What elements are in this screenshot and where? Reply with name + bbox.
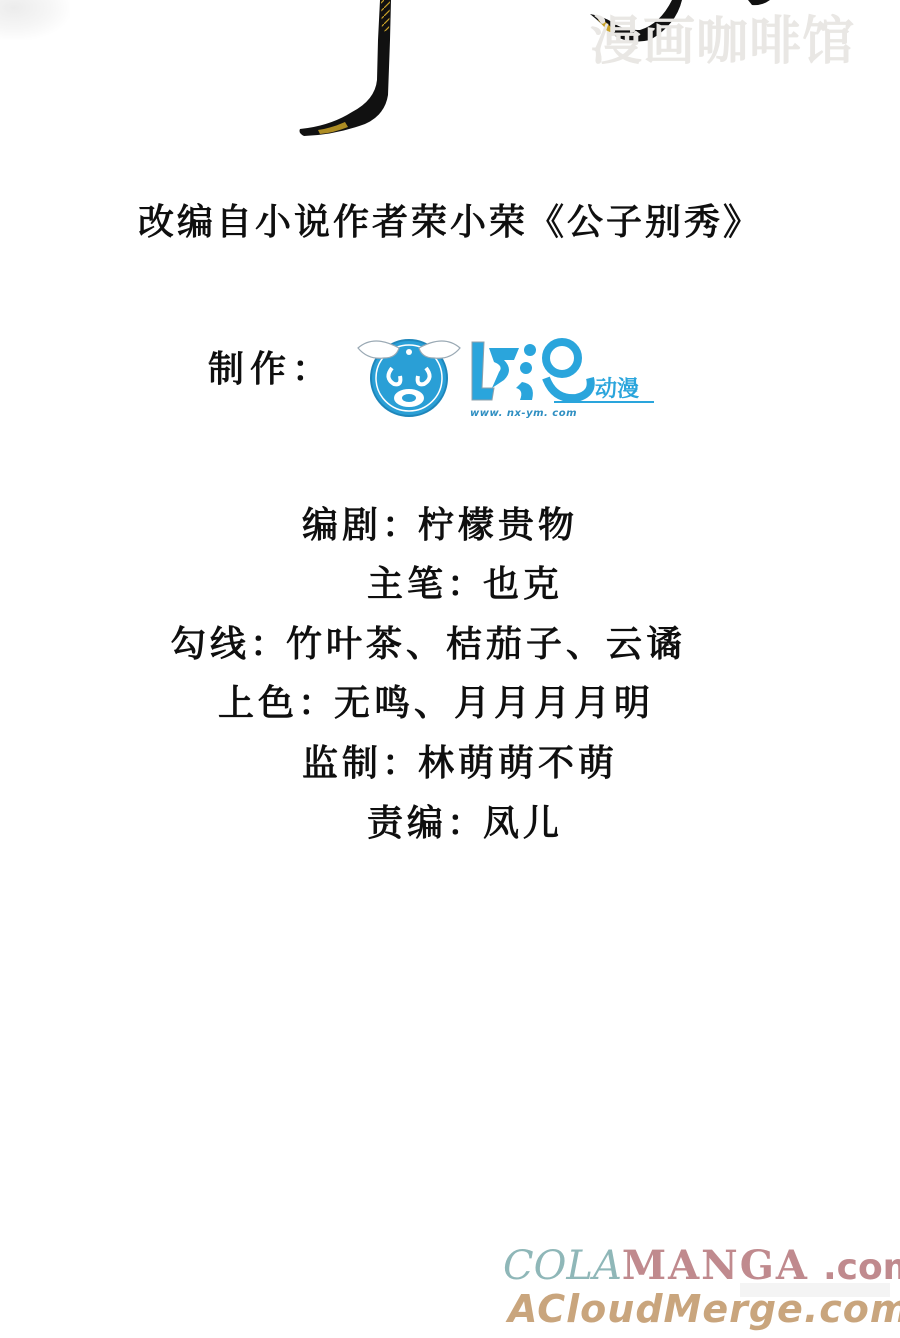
credit-names: 无鸣、月月月月明 — [334, 683, 654, 724]
watermark-cola: COLA — [503, 1243, 622, 1289]
credit-separator: ： — [382, 743, 418, 784]
credit-role: 勾线 — [170, 624, 250, 665]
credit-role: 责编 — [367, 803, 447, 844]
credit-coloring: 上色：无鸣、月月月月明 — [218, 686, 654, 722]
credit-writer: 编剧：柠檬贵物 — [302, 508, 578, 544]
credit-separator: ： — [250, 624, 286, 665]
credit-editor: 责编：凤儿 — [367, 806, 563, 842]
watermark-manga: MANGA — [622, 1242, 809, 1289]
credit-separator: ： — [447, 803, 483, 844]
credit-separator: ： — [382, 505, 418, 546]
credit-supervisor: 监制：林萌萌不萌 — [302, 746, 618, 782]
credit-names: 竹叶茶、桔茄子、云谲 — [286, 624, 686, 665]
studio-url: www. nx-ym. com — [470, 408, 577, 419]
credit-role: 主笔 — [367, 564, 447, 605]
studio-subtitle: 动漫 — [595, 372, 639, 403]
watermark-com: .com — [823, 1247, 900, 1288]
credit-names: 也克 — [483, 564, 563, 605]
credit-separator: ： — [298, 683, 334, 724]
winged-circle-logo-icon — [358, 340, 460, 416]
credit-names: 柠檬贵物 — [418, 505, 578, 546]
credit-names: 凤儿 — [483, 803, 563, 844]
credit-line-art: 勾线：竹叶茶、桔茄子、云谲 — [170, 627, 686, 663]
credit-role: 编剧 — [302, 505, 382, 546]
credit-separator: ： — [447, 564, 483, 605]
credit-lead-artist: 主笔：也克 — [367, 567, 563, 603]
top-watermark: 漫画咖啡馆 — [590, 16, 855, 68]
adaptation-credit: 改编自小说作者荣小荣《公子别秀》 — [0, 203, 900, 243]
credit-role: 监制 — [302, 743, 382, 784]
manga-credits-page: 漫画咖啡馆 改编自小说作者荣小荣《公子别秀》 制作： 动漫 — [0, 0, 900, 1338]
production-label: 制作： — [208, 352, 334, 388]
colamanga-watermark: COLAMANGA.com — [503, 1246, 900, 1286]
acloudmerge-watermark: ACloudMerge.com — [508, 1290, 900, 1328]
credit-names: 林萌萌不萌 — [418, 743, 618, 784]
credit-role: 上色 — [218, 683, 298, 724]
